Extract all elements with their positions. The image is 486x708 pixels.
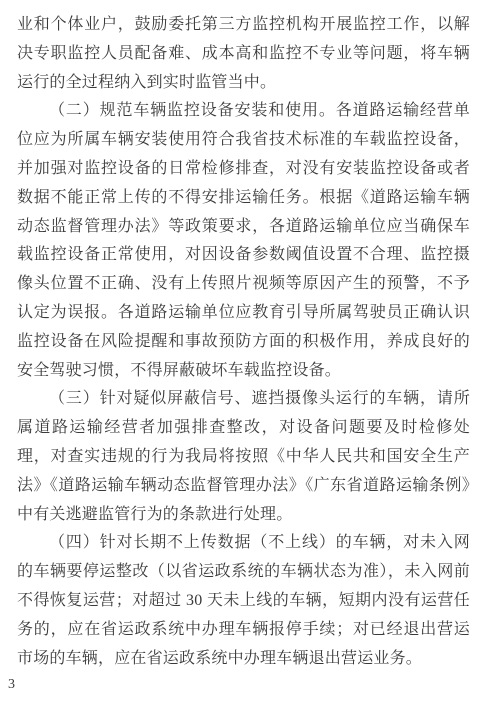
paragraph-item-2: （二）规范车辆监控设备安装和使用。各道路运输经营单位应为所属车辆安装使用符合我省…: [17, 97, 470, 385]
paragraph-item-4: （四）针对长期不上传数据（不上线）的车辆，对未入网的车辆要停运整改（以省运政系统…: [17, 529, 470, 673]
document-page: 业和个体业户，鼓励委托第三方监控机构开展监控工作，以解决专职监控人员配备难、成本…: [0, 0, 486, 708]
document-body: 业和个体业户，鼓励委托第三方监控机构开展监控工作，以解决专职监控人员配备难、成本…: [17, 11, 470, 673]
paragraph-item-3: （三）针对疑似屏蔽信号、遮挡摄像头运行的车辆，请所属道路运输经营者加强排查整改，…: [17, 385, 470, 529]
page-number: 3: [8, 677, 15, 693]
paragraph-continuation: 业和个体业户，鼓励委托第三方监控机构开展监控工作，以解决专职监控人员配备难、成本…: [17, 11, 470, 97]
